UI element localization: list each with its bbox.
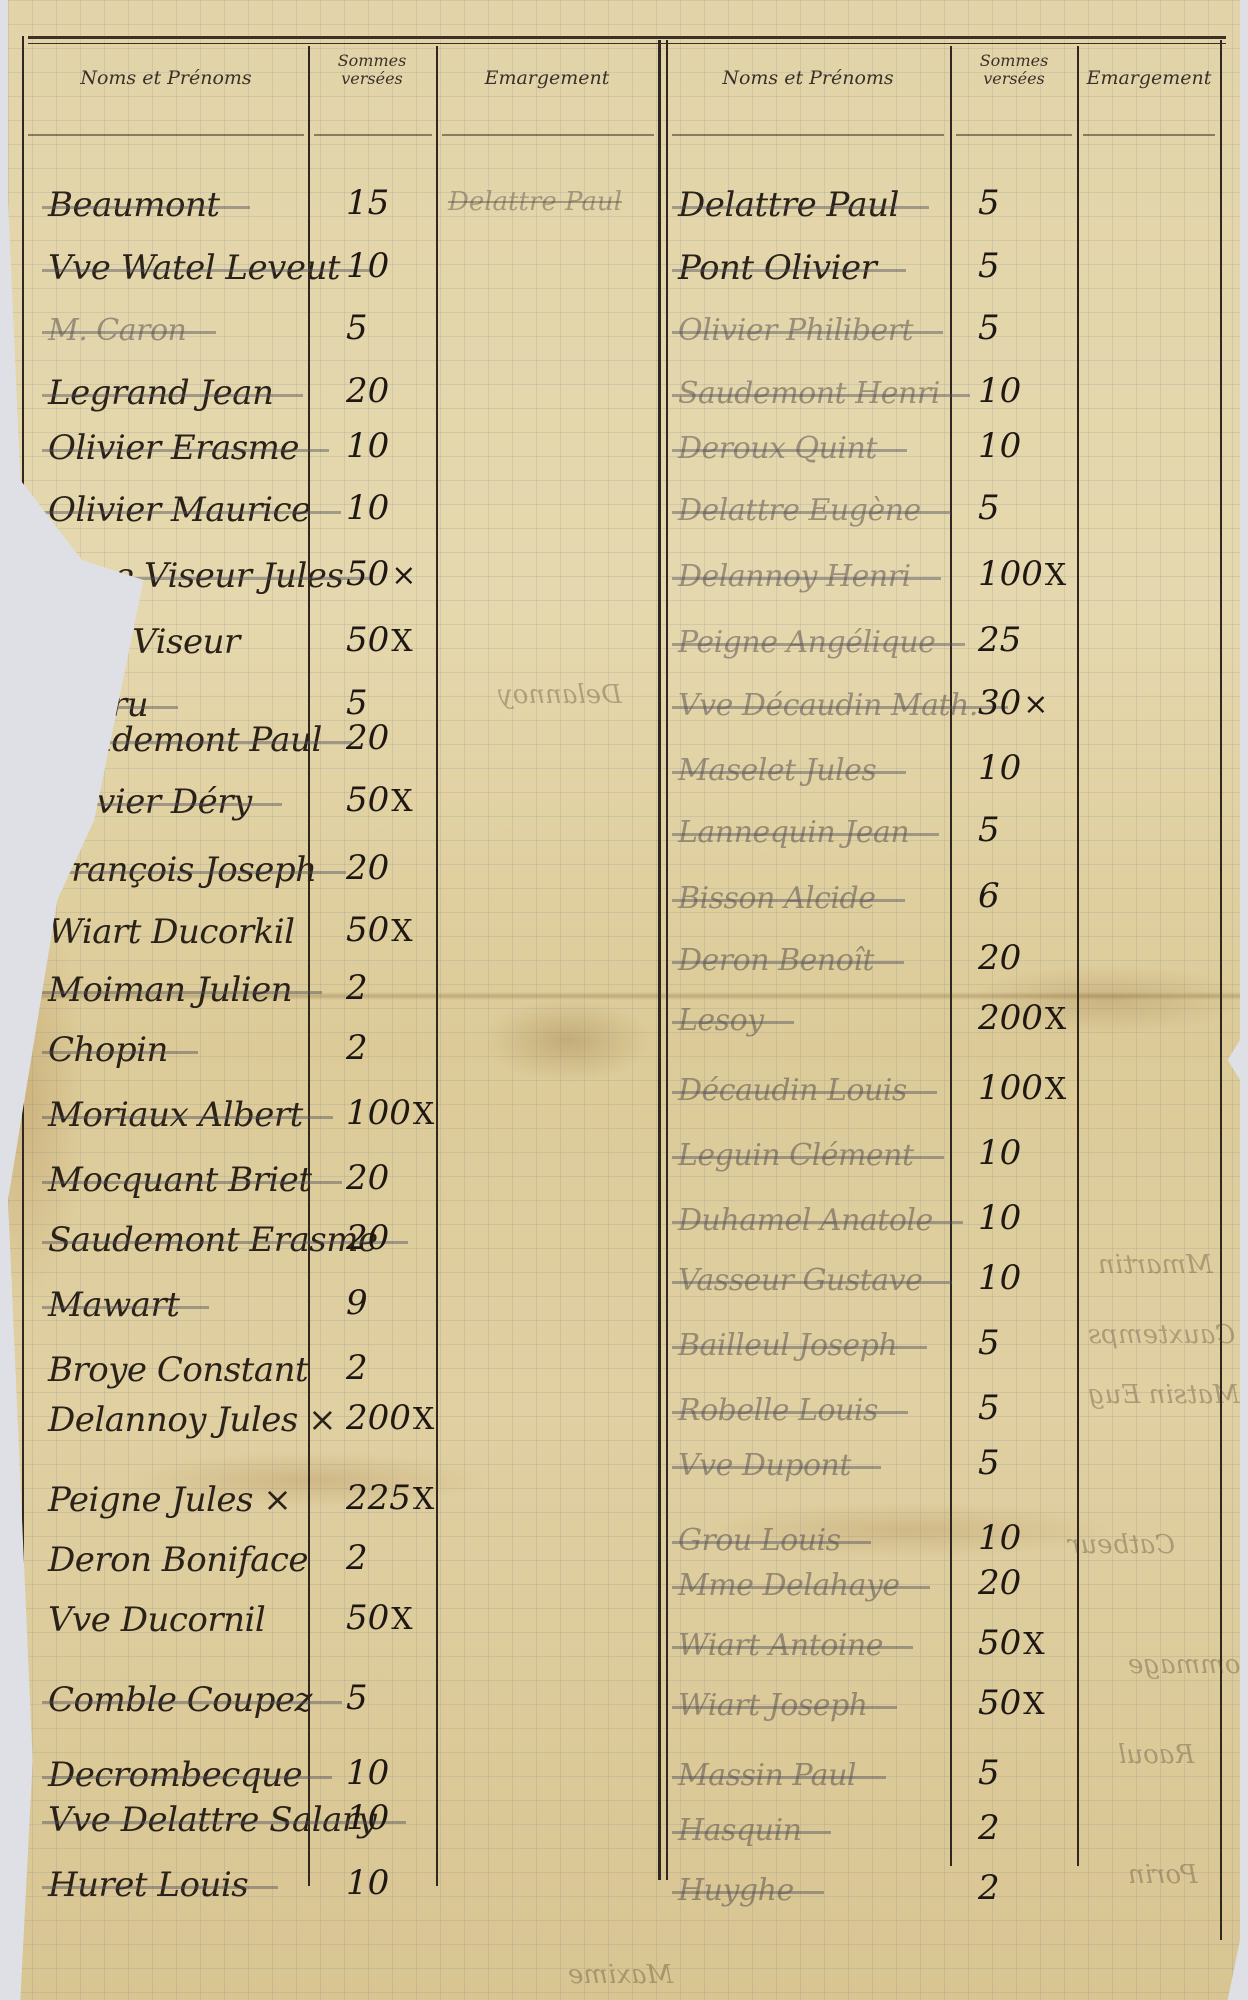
contributor-name: Saudemont Paul	[48, 720, 322, 760]
amount-paid: 20	[346, 848, 391, 888]
ledger-row: Huret Louis	[48, 1855, 248, 1915]
ledger-row: Olivier Erasme	[48, 418, 299, 478]
amount-paid: 9	[346, 1283, 370, 1323]
amount-value: 10	[346, 1753, 389, 1793]
ledger-name-wrap: Mme Viseur Jules	[48, 556, 343, 596]
ledger-name-wrap: Olivier Maurice	[48, 490, 311, 530]
ledger-name-wrap: Duhamel Anatole	[678, 1203, 933, 1238]
header-sums-line1: Sommes	[952, 52, 1076, 70]
contributor-name: Legrand Jean	[48, 373, 273, 413]
ledger-row: Huyghe	[678, 1860, 794, 1920]
amount-paid: 20	[346, 718, 391, 758]
check-mark-icon: X	[1045, 1072, 1066, 1107]
header-emargement-left: Emargement	[438, 68, 656, 90]
bleed-through-text: Porin	[1128, 1860, 1198, 1890]
amount-value: 5	[978, 1388, 1000, 1428]
amount-value: 20	[346, 1218, 389, 1258]
ledger-name-wrap: Deron Benoît	[678, 943, 874, 978]
ledger-name-wrap: Grou Louis	[678, 1523, 841, 1558]
amount-paid: 100X	[978, 1068, 1066, 1108]
ledger-row: Chopin	[48, 1020, 168, 1080]
amount-paid: 10	[978, 426, 1023, 466]
contributor-name: Mocquant Briet	[48, 1160, 312, 1200]
amount-paid: 5	[346, 683, 370, 723]
contributor-name: Comble Coupez	[48, 1680, 312, 1720]
check-mark-icon: X	[413, 1402, 434, 1437]
ledger-sheet: Noms et Prénoms Sommes versées Emargemen…	[8, 0, 1240, 2000]
contributor-name: Deron Benoît	[678, 943, 874, 978]
amount-value: 10	[978, 1198, 1021, 1238]
contributor-name: Delannoy Henri	[678, 559, 911, 594]
ledger-name-wrap: Deroux Quint	[678, 431, 877, 466]
header-rule	[956, 134, 1072, 136]
amount-value: 10	[346, 488, 389, 528]
amount-paid: 2	[978, 1808, 1002, 1848]
contributor-name: Maselet Jules	[678, 753, 876, 788]
amount-paid: 2	[346, 1348, 370, 1388]
amount-value: 50	[978, 1683, 1021, 1723]
amount-value: 20	[978, 1563, 1021, 1603]
check-mark-icon: ×	[391, 558, 416, 593]
contributor-name: Decrombecque	[48, 1755, 302, 1795]
header-rule	[314, 134, 432, 136]
ledger-row: Vve Dupont	[678, 1435, 851, 1495]
ledger-row: Robelle Louis	[678, 1380, 878, 1440]
amount-paid: 10	[978, 1258, 1023, 1298]
bleed-through-text: Cauxtemps	[1088, 1320, 1235, 1350]
ledger-row: Saudemont Paul	[48, 710, 322, 770]
contributor-name: Moriaux Albert	[48, 1095, 303, 1135]
ledger-row: Vve Watel Leveut	[48, 238, 340, 298]
ledger-name-wrap: Olivier Philibert	[678, 313, 913, 348]
amount-paid: 10	[978, 1133, 1023, 1173]
amount-paid: 2	[346, 968, 370, 1008]
amount-value: 50	[346, 554, 389, 594]
ledger-row: Olivier Maurice	[48, 480, 311, 540]
header-names-left: Noms et Prénoms	[28, 68, 304, 90]
amount-paid: 10	[978, 748, 1023, 788]
amount-value: 10	[346, 246, 389, 286]
amount-paid: 30×	[978, 683, 1048, 723]
ledger-name-wrap: Broye Constant	[48, 1350, 308, 1390]
amount-paid: 2	[346, 1028, 370, 1068]
ledger-row: Wiart Antoine	[678, 1615, 883, 1675]
ledger-name-wrap: François Joseph	[48, 850, 316, 890]
ledger-name-wrap: Bailleul Joseph	[678, 1328, 897, 1363]
amount-paid: 10	[978, 371, 1023, 411]
amount-value: 225	[346, 1478, 411, 1518]
amount-value: 5	[346, 683, 368, 723]
amount-paid: 225X	[346, 1478, 434, 1518]
ledger-name-wrap: Pont Olivier	[678, 248, 876, 288]
right-ledger-column: Delattre Paul5Pont Olivier5Olivier Phili…	[658, 150, 1228, 1990]
ledger-row: Massin Paul	[678, 1745, 856, 1805]
contributor-name: Saudemont Erasme	[48, 1220, 378, 1260]
amount-value: 10	[346, 1863, 389, 1903]
contributor-name: Vve Dupont	[678, 1448, 851, 1483]
ledger-name-wrap: Maselet Jules	[678, 753, 876, 788]
contributor-name: Broye Constant	[48, 1350, 308, 1390]
ledger-row: Saudemont Henri	[678, 363, 940, 423]
amount-value: 5	[978, 183, 1000, 223]
amount-paid: 10	[978, 1198, 1023, 1238]
amount-value: 5	[978, 810, 1000, 850]
amount-value: 2	[346, 1538, 368, 1578]
ledger-name-wrap: Deron Boniface	[48, 1540, 308, 1580]
amount-value: 100	[978, 1068, 1043, 1108]
contributor-name: Vve Décaudin Math.	[678, 688, 978, 723]
amount-value: 5	[978, 488, 1000, 528]
amount-value: 6	[978, 876, 1000, 916]
amount-value: 5	[978, 1323, 1000, 1363]
amount-paid: 20	[346, 1158, 391, 1198]
ledger-name-wrap: Robelle Louis	[678, 1393, 878, 1428]
ledger-name-wrap: Décaudin Louis	[678, 1073, 907, 1108]
amount-value: 100	[346, 1093, 411, 1133]
amount-value: 20	[978, 938, 1021, 978]
contributor-name: Peigne Angélique	[678, 625, 935, 660]
ledger-name-wrap: Moriaux Albert	[48, 1095, 303, 1135]
header-sums-line2: versées	[952, 70, 1076, 88]
contributor-name: Olivier Erasme	[48, 428, 299, 468]
ledger-name-wrap: Decrombecque	[48, 1755, 302, 1795]
amount-value: 5	[346, 1678, 368, 1718]
amount-paid: 5	[978, 1753, 1002, 1793]
contributor-name: Moiman Julien	[48, 970, 292, 1010]
contributor-name: Massin Paul	[678, 1758, 856, 1793]
contributor-name: Grou Louis	[678, 1523, 841, 1558]
check-mark-icon: X	[1045, 1002, 1066, 1037]
amount-paid: 10	[346, 426, 391, 466]
amount-value: 10	[978, 371, 1021, 411]
amount-paid: 200X	[346, 1398, 434, 1438]
header-sums-line1: Sommes	[308, 52, 436, 70]
amount-paid: 5	[978, 1323, 1002, 1363]
amount-value: 10	[978, 1518, 1021, 1558]
ledger-name-wrap: Beaumont	[48, 185, 220, 225]
ledger-row: Peigne Jules ×	[48, 1470, 291, 1530]
ledger-name-wrap: Huret Louis	[48, 1865, 248, 1905]
header-rule	[1083, 134, 1215, 136]
ledger-name-wrap: Saudemont Erasme	[48, 1220, 378, 1260]
contributor-name: Huret Louis	[48, 1865, 248, 1905]
ledger-name-wrap: Peigne Angélique	[678, 625, 935, 660]
ledger-row: Peigne Angélique	[678, 612, 935, 672]
bleed-through-text: Raoul	[1118, 1740, 1194, 1770]
ledger-name-wrap: Vve Delattre Salary	[48, 1800, 376, 1840]
ledger-row: Décaudin Louis	[678, 1060, 907, 1120]
amount-value: 5	[978, 246, 1000, 286]
amount-value: 50	[346, 780, 389, 820]
bleed-through-text: Hommage	[1128, 1650, 1248, 1680]
contributor-name: Jean Viseur	[48, 622, 240, 662]
table-top-border-inner	[28, 43, 1226, 44]
ledger-row: Delannoy Jules ×	[48, 1390, 336, 1450]
bleed-through-text: Delannoy	[498, 680, 622, 710]
bleed-through-text: Catbeur	[1068, 1530, 1175, 1560]
amount-value: 5	[978, 1753, 1000, 1793]
check-mark-icon: X	[391, 784, 412, 819]
ledger-row: Lannequin Jean	[678, 802, 909, 862]
contributor-name: Hasquin	[678, 1813, 801, 1848]
amount-paid: 50X	[346, 780, 413, 820]
amount-paid: 5	[978, 308, 1002, 348]
ledger-name-wrap: Jean Viseur	[48, 622, 240, 662]
amount-paid: 25	[978, 620, 1023, 660]
ledger-name-wrap: Vve Dupont	[678, 1448, 851, 1483]
amount-paid: 50X	[346, 1598, 413, 1638]
contributor-name: Mme Delahaye	[678, 1568, 900, 1603]
ledger-row: Leguin Clément	[678, 1125, 914, 1185]
ledger-name-wrap: Lannequin Jean	[678, 815, 909, 850]
amount-value: 50	[978, 1623, 1021, 1663]
amount-value: 9	[346, 1283, 368, 1323]
ledger-row: Lesoy	[678, 990, 764, 1050]
ledger-name-wrap: Wiart Joseph	[678, 1688, 867, 1723]
bleed-through-text: Matsin Eug	[1088, 1380, 1240, 1410]
contributor-name: Chopin	[48, 1030, 168, 1070]
header-rule	[28, 134, 304, 136]
check-mark-icon: X	[1045, 558, 1066, 593]
amount-paid: 50X	[346, 620, 413, 660]
amount-value: 10	[978, 1133, 1021, 1173]
ledger-name-wrap: Peigne Jules ×	[48, 1480, 291, 1520]
amount-paid: 20	[978, 938, 1023, 978]
amount-value: 10	[978, 1258, 1021, 1298]
ledger-row: Deron Benoît	[678, 930, 874, 990]
amount-value: 30	[978, 683, 1021, 723]
ledger-name-wrap: Delattre Paul	[678, 185, 899, 225]
ledger-row: Wiart Joseph	[678, 1675, 867, 1735]
ledger-name-wrap: Saudemont Henri	[678, 376, 940, 411]
ledger-name-wrap: Hasquin	[678, 1813, 801, 1848]
contributor-name: Leguin Clément	[678, 1138, 914, 1173]
ledger-name-wrap: Chopin	[48, 1030, 168, 1070]
ledger-row: Deroux Quint	[678, 418, 877, 478]
contributor-name: M. Caron	[48, 313, 186, 348]
ledger-row: M. Caron	[48, 300, 186, 360]
ledger-row: Duhamel Anatole	[678, 1190, 933, 1250]
header-sums-line2: versées	[308, 70, 436, 88]
amount-paid: 20	[978, 1563, 1023, 1603]
amount-paid: 50X	[346, 910, 413, 950]
ledger-name-wrap: Lesoy	[678, 1003, 764, 1038]
ledger-name-wrap: Vve Watel Leveut	[48, 248, 340, 288]
amount-paid: 50×	[346, 554, 416, 594]
contributor-name: Huyghe	[678, 1873, 794, 1908]
ledger-name-wrap: Mocquant Briet	[48, 1160, 312, 1200]
contributor-name: Deron Boniface	[48, 1540, 308, 1580]
contributor-name: Olivier Philibert	[678, 313, 913, 348]
amount-value: 5	[978, 1443, 1000, 1483]
amount-value: 20	[346, 848, 389, 888]
ledger-row: Moriaux Albert	[48, 1085, 303, 1145]
ledger-name-wrap: Bisson Alcide	[678, 881, 875, 916]
ledger-row: Vve Décaudin Math.	[678, 675, 978, 735]
amount-paid: 5	[978, 183, 1002, 223]
ledger-row: Saudemont Erasme	[48, 1210, 378, 1270]
amount-value: 10	[978, 748, 1021, 788]
check-mark-icon: X	[391, 1602, 412, 1637]
ledger-row: Delannoy Henri	[678, 546, 911, 606]
amount-value: 20	[346, 1158, 389, 1198]
ledger-name-wrap: Saudemont Paul	[48, 720, 322, 760]
ledger-name-wrap: Mawart	[48, 1285, 179, 1325]
contributor-name: François Joseph	[48, 850, 316, 890]
ledger-row: Hasquin	[678, 1800, 801, 1860]
amount-value: 2	[346, 968, 368, 1008]
amount-paid: 100X	[978, 554, 1066, 594]
ledger-row: Mme Delahaye	[678, 1555, 900, 1615]
amount-paid: 10	[978, 1518, 1023, 1558]
contributor-name: Vve Delattre Salary	[48, 1800, 376, 1840]
amount-value: 10	[978, 426, 1021, 466]
amount-paid: 5	[978, 488, 1002, 528]
ledger-row: Legrand Jean	[48, 363, 273, 423]
ledger-row: Bailleul Joseph	[678, 1315, 897, 1375]
header-sums-left: Sommes versées	[308, 52, 436, 89]
header-sums-right: Sommes versées	[952, 52, 1076, 89]
check-mark-icon: X	[413, 1482, 434, 1517]
contributor-name: Wiart Ducorkil	[48, 912, 295, 952]
ledger-name-wrap: Legrand Jean	[48, 373, 273, 413]
amount-paid: 10	[346, 1798, 391, 1838]
contributor-name: Vve Watel Leveut	[48, 248, 340, 288]
amount-value: 2	[978, 1868, 1000, 1908]
ledger-name-wrap: Moiman Julien	[48, 970, 292, 1010]
ledger-row: Vve Ducornil	[48, 1590, 265, 1650]
ledger-row: Comble Coupez	[48, 1670, 312, 1730]
amount-paid: 50X	[978, 1683, 1045, 1723]
check-mark-icon: X	[391, 914, 412, 949]
contributor-name: Duhamel Anatole	[678, 1203, 933, 1238]
ledger-row: Delattre Paul	[678, 175, 899, 235]
amount-value: 10	[346, 1798, 389, 1838]
contributor-name: Lesoy	[678, 1003, 764, 1038]
amount-value: 2	[346, 1028, 368, 1068]
ledger-row: Jean Viseur	[48, 612, 240, 672]
amount-value: 50	[346, 620, 389, 660]
ledger-row: François Joseph	[48, 840, 316, 900]
ledger-name-wrap: Olivier Déry	[48, 782, 252, 822]
amount-paid: 6	[978, 876, 1002, 916]
ledger-name-wrap: M. Caron	[48, 313, 186, 348]
ledger-row: Mocquant Briet	[48, 1150, 312, 1210]
contributor-name: Saudemont Henri	[678, 376, 940, 411]
contributor-name: Décaudin Louis	[678, 1073, 907, 1108]
ledger-row: Deron Boniface	[48, 1530, 308, 1590]
ledger-row: Vve Delattre Salary	[48, 1790, 376, 1850]
amount-value: 5	[978, 308, 1000, 348]
amount-value: 100	[978, 554, 1043, 594]
check-mark-icon: X	[391, 624, 412, 659]
ledger-row: Beaumont	[48, 175, 220, 235]
contributor-name: Delattre Eugène	[678, 493, 921, 528]
amount-value: 2	[346, 1348, 368, 1388]
amount-value: 2	[978, 1808, 1000, 1848]
ledger-name-wrap: Vve Ducornil	[48, 1600, 265, 1640]
contributor-name: Wiart Antoine	[678, 1628, 883, 1663]
ledger-name-wrap: Huyghe	[678, 1873, 794, 1908]
contributor-name: Lannequin Jean	[678, 815, 909, 850]
ledger-name-wrap: Delannoy Jules ×	[48, 1400, 336, 1440]
ledger-name-wrap: Mme Delahaye	[678, 1568, 900, 1603]
amount-paid: 5	[978, 246, 1002, 286]
bleed-through-text: Maxime	[568, 1960, 673, 1990]
amount-paid: 5	[346, 308, 370, 348]
header-rule	[672, 134, 944, 136]
ledger-row: Moiman Julien	[48, 960, 292, 1020]
amount-paid: 15	[346, 183, 391, 223]
contributor-name: Olivier Déry	[48, 782, 252, 822]
amount-value: 50	[346, 1598, 389, 1638]
amount-value: 25	[978, 620, 1021, 660]
ledger-row: Wiart Ducorkil	[48, 902, 295, 962]
amount-paid: 2	[346, 1538, 370, 1578]
amount-paid: 5	[978, 1443, 1002, 1483]
ledger-row: Maselet Jules	[678, 740, 876, 800]
ledger-name-wrap: Wiart Ducorkil	[48, 912, 295, 952]
contributor-name: Deroux Quint	[678, 431, 877, 466]
header-rule	[442, 134, 654, 136]
contributor-name: Delannoy Jules ×	[48, 1400, 336, 1440]
ledger-name-wrap: Comble Coupez	[48, 1680, 312, 1720]
amount-value: 200	[978, 998, 1043, 1038]
contributor-name: Vve Ducornil	[48, 1600, 265, 1640]
amount-paid: 200X	[978, 998, 1066, 1038]
ledger-row: Delattre Eugène	[678, 480, 921, 540]
amount-value: 200	[346, 1398, 411, 1438]
contributor-name: Wiart Joseph	[678, 1688, 867, 1723]
ledger-name-wrap: Olivier Erasme	[48, 428, 299, 468]
amount-paid: 20	[346, 371, 391, 411]
ledger-row: Olivier Philibert	[678, 300, 913, 360]
contributor-name: Olivier Maurice	[48, 490, 311, 530]
contributor-name: Mawart	[48, 1285, 179, 1325]
contributor-name: Pont Olivier	[678, 248, 876, 288]
amount-value: 5	[346, 308, 368, 348]
amount-paid: 2	[978, 1868, 1002, 1908]
ledger-name-wrap: Leguin Clément	[678, 1138, 914, 1173]
amount-paid: 10	[346, 488, 391, 528]
check-mark-icon: X	[413, 1097, 434, 1132]
amount-paid: 50X	[978, 1623, 1045, 1663]
header-emargement-right: Emargement	[1078, 68, 1220, 90]
amount-paid: 5	[346, 1678, 370, 1718]
amount-paid: 5	[978, 810, 1002, 850]
ledger-name-wrap: Vasseur Gustave	[678, 1263, 922, 1298]
ledger-row: Vasseur Gustave	[678, 1250, 922, 1310]
contributor-name: Beaumont	[48, 185, 220, 225]
contributor-name: Bailleul Joseph	[678, 1328, 897, 1363]
ledger-name-wrap: Wiart Antoine	[678, 1628, 883, 1663]
contributor-name: Delattre Paul	[678, 185, 899, 225]
contributor-name: Mme Viseur Jules	[48, 556, 343, 596]
ledger-row: Bisson Alcide	[678, 868, 875, 928]
ledger-row: Olivier Déry	[48, 772, 252, 832]
contributor-name: Peigne Jules ×	[48, 1480, 291, 1520]
ledger-row: Pont Olivier	[678, 238, 876, 298]
amount-paid: 100X	[346, 1093, 434, 1133]
check-mark-icon: ×	[1023, 687, 1048, 722]
amount-value: 15	[346, 183, 389, 223]
amount-paid: 10	[346, 246, 391, 286]
signature-emargement: Delattre Paul	[448, 187, 622, 217]
ledger-name-wrap: Vve Décaudin Math.	[678, 688, 978, 723]
check-mark-icon: X	[1023, 1627, 1044, 1662]
amount-paid: 5	[978, 1388, 1002, 1428]
ledger-row: Mme Viseur Jules	[48, 546, 343, 606]
